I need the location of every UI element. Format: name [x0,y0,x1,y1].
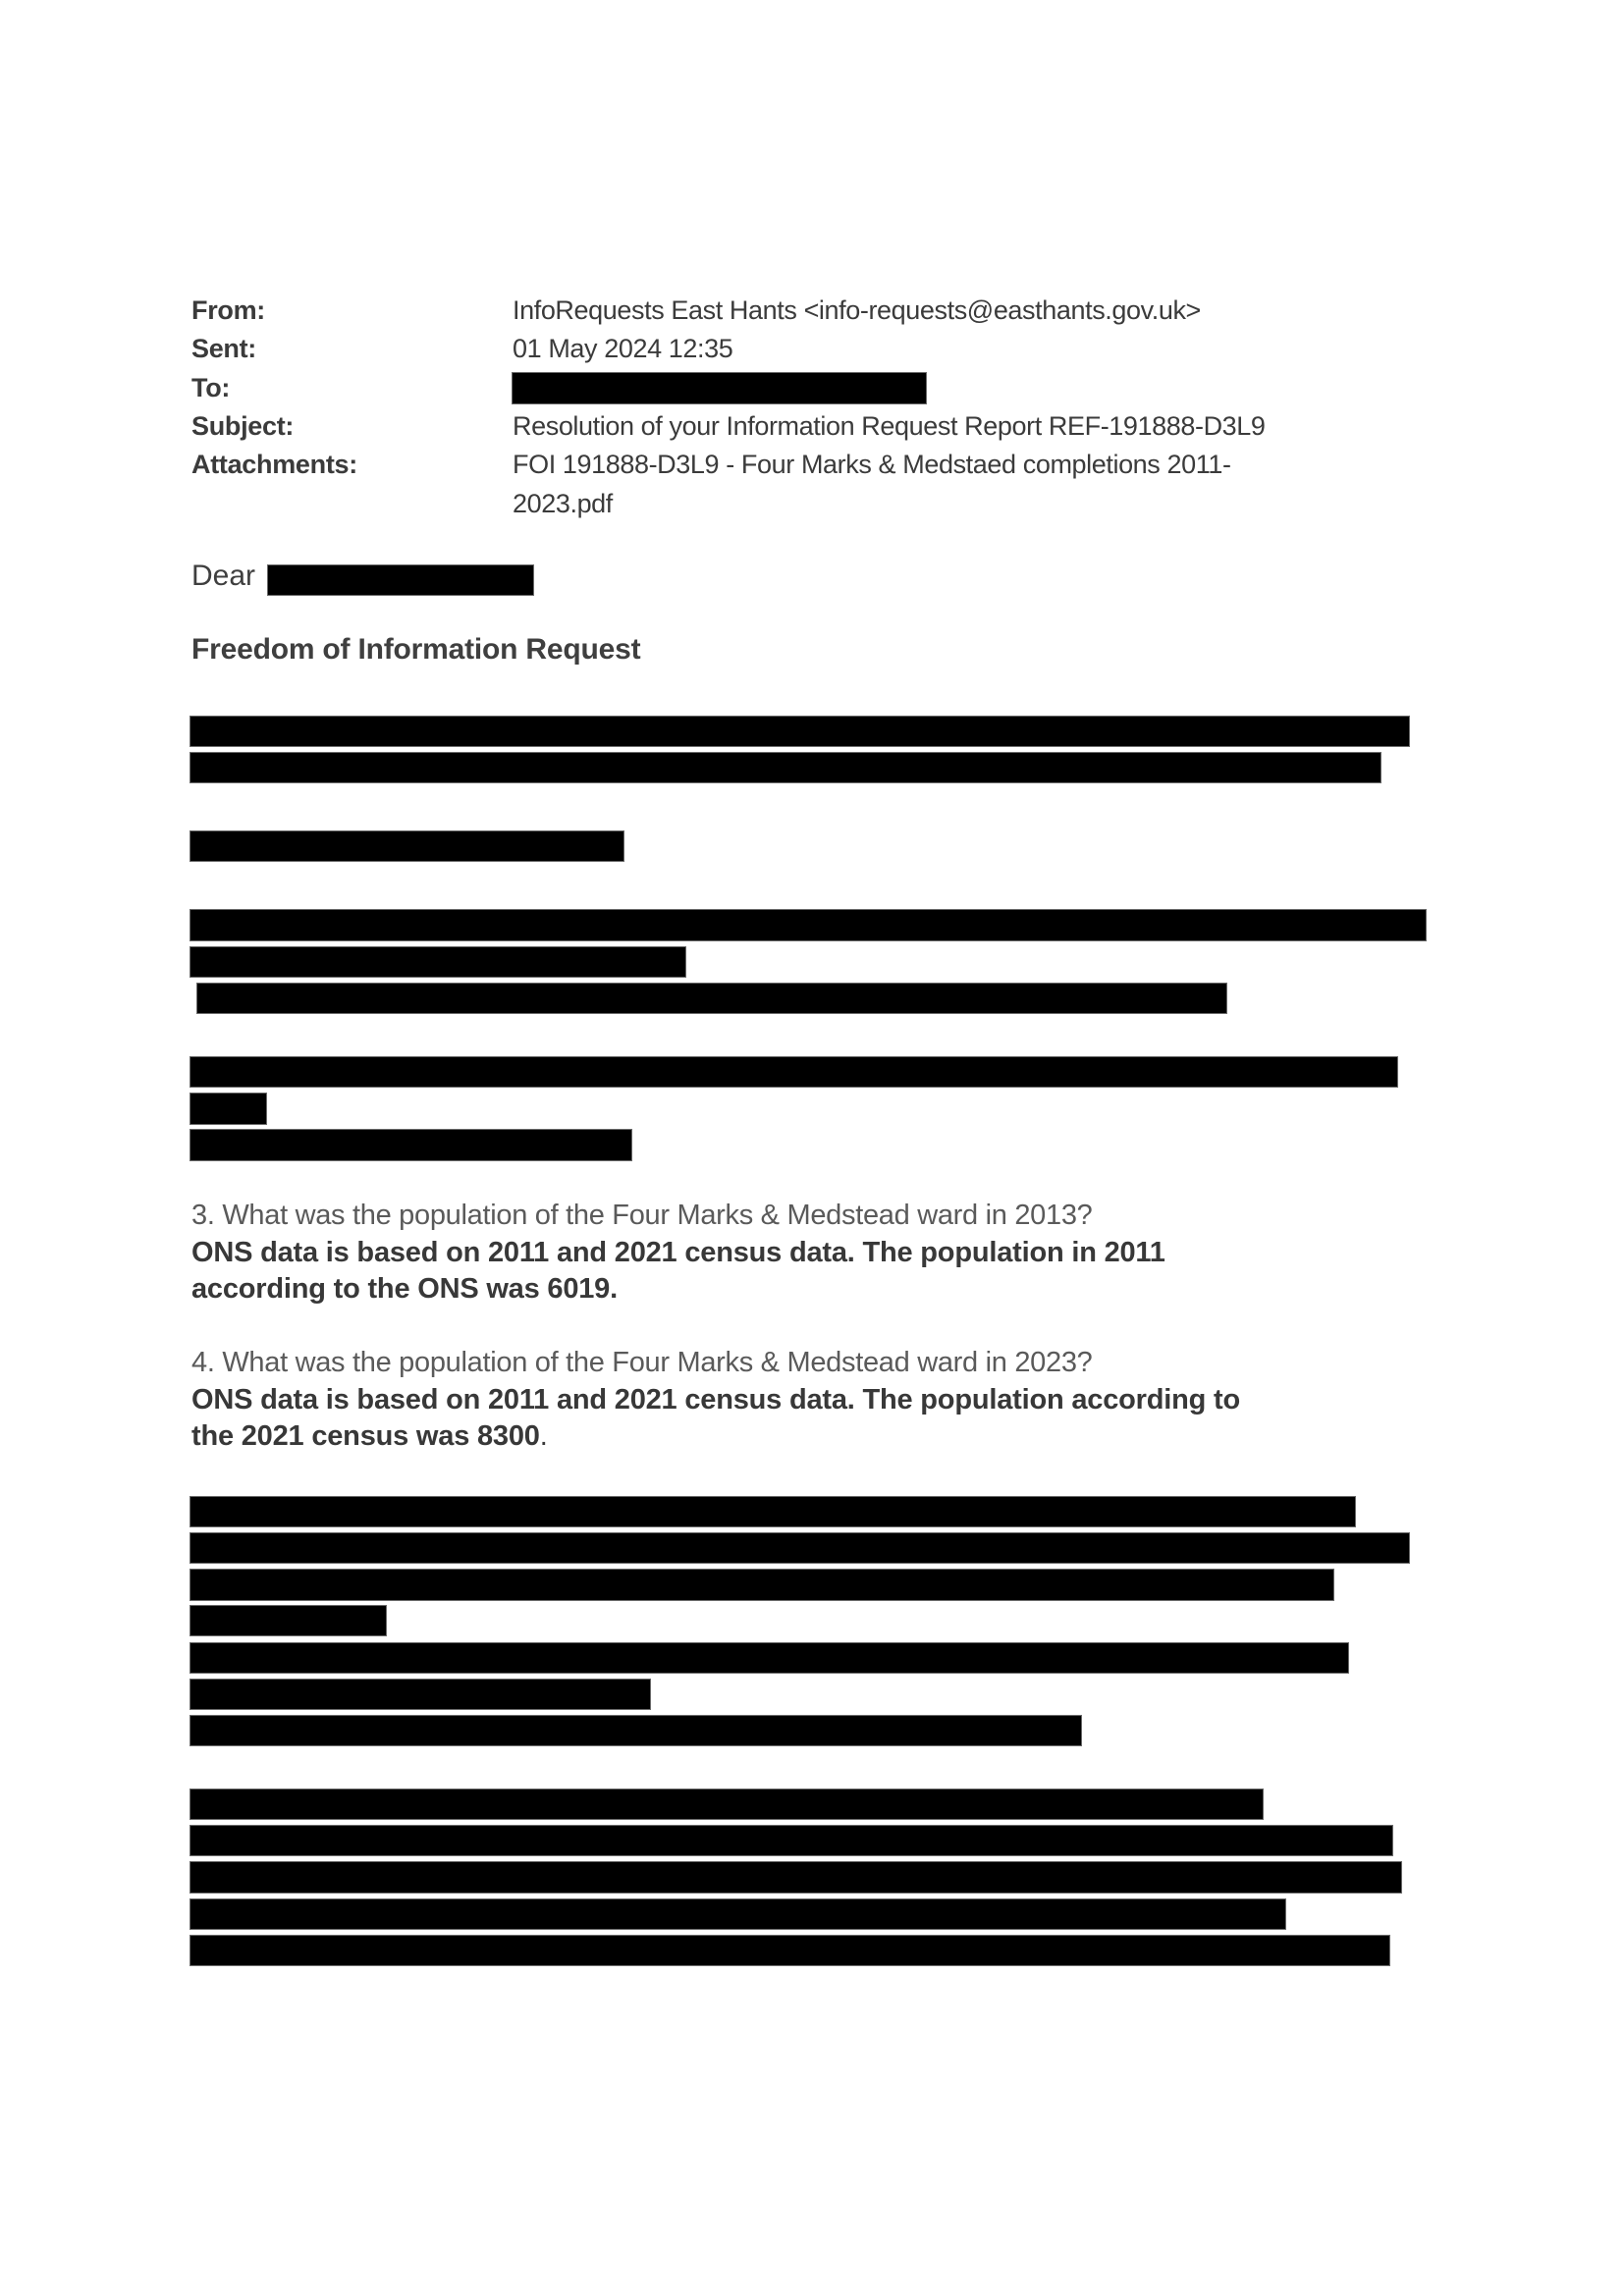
redaction-bar [190,1570,1333,1600]
redaction-bar [190,1789,1263,1819]
redaction-bar [190,1606,386,1635]
answer-4-line-2: the 2021 census was 8300. [191,1418,1458,1456]
redaction-bar [190,1716,1081,1745]
salutation: Dear [191,560,255,593]
redaction-bar [197,984,1226,1013]
redaction-bar [190,1057,1397,1087]
redaction-bar [190,753,1380,782]
recipient-name-redaction [268,565,533,595]
redaction-bar [190,1862,1401,1893]
question-3-text: 3. What was the population of the Four M… [191,1198,1458,1235]
redaction-bar [190,1899,1285,1929]
to-label: To: [191,369,230,408]
redaction-bar [190,1936,1389,1965]
redaction-bar [190,910,1426,940]
redaction-bar [190,1680,650,1709]
redaction-bar [190,1533,1409,1563]
redaction-bar [190,717,1409,746]
question-4-text: 4. What was the population of the Four M… [191,1345,1458,1382]
subject-value: Resolution of your Information Request R… [513,407,1266,447]
answer-4-period: . [540,1420,548,1452]
question-3-block: 3. What was the population of the Four M… [191,1198,1458,1308]
redaction-bar [190,1094,266,1124]
answer-4-line-1: ONS data is based on 2011 and 2021 censu… [191,1382,1458,1419]
redaction-bar [190,1826,1392,1855]
from-value: InfoRequests East Hants <info-requests@e… [513,292,1201,331]
subject-label: Subject: [191,407,294,447]
redaction-bar [190,1643,1348,1673]
page-title: Freedom of Information Request [191,633,640,667]
from-label: From: [191,292,265,331]
attachment-filename-line2[interactable]: 2023.pdf [513,485,613,524]
redaction-bar [190,831,623,861]
sent-label: Sent: [191,330,256,369]
sent-value: 01 May 2024 12:35 [513,330,732,369]
answer-3-line-2: according to the ONS was 6019. [191,1271,1458,1308]
answer-3-line-1: ONS data is based on 2011 and 2021 censu… [191,1235,1458,1272]
document-page: From: InfoRequests East Hants <info-requ… [0,0,1624,2296]
redaction-bar [190,1497,1355,1526]
redaction-bar [190,947,685,977]
attachments-label: Attachments: [191,446,357,485]
question-4-block: 4. What was the population of the Four M… [191,1345,1458,1456]
answer-4-line-2-text: the 2021 census was 8300 [191,1420,540,1452]
redaction-bar [190,1130,631,1160]
attachment-filename-line1[interactable]: FOI 191888-D3L9 - Four Marks & Medstaed … [513,446,1231,485]
to-recipient-redaction [513,373,926,403]
